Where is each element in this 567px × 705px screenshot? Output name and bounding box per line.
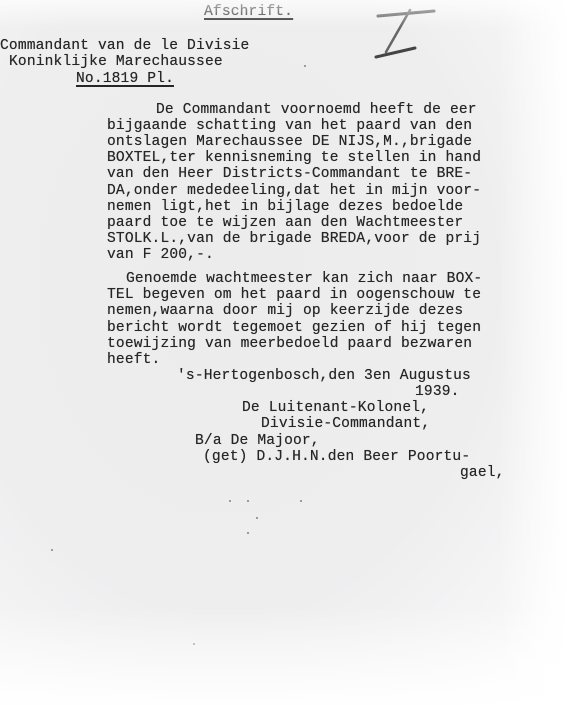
scan-speck [256,517,258,519]
paragraph-2-line: bericht wordt tegemoet gezien of hij teg… [107,320,481,336]
signature-on-behalf: B/a De Majoor, [195,433,320,449]
scan-speck [51,549,53,551]
document-heading: Afschrift. [204,4,293,20]
scan-speck [229,500,231,502]
paragraph-2-line: TEL begeven om het paard in oogenschouw … [107,287,481,303]
paragraph-2-line: Genoemde wachtmeester kan zich naar BOX- [126,271,482,287]
scan-speck [193,643,195,645]
handwritten-mark-icon [370,8,440,60]
paragraph-1-line: DA,onder mededeeling,dat het in mijn voo… [107,183,481,199]
paragraph-1-line: paard toe te wijzen aan den Wachtmeester [107,215,463,231]
scan-speck [247,500,249,502]
paragraph-1-line: BOXTEL,ter kennisneming te stellen in ha… [107,150,481,166]
paragraph-1-line: van den Heer Districts-Commandant te BRE… [107,166,472,182]
paragraph-1-line: bijgaande schatting van het paard van de… [107,118,472,134]
place-date: 's-Hertogenbosch,den 3en Augustus [177,368,471,384]
scan-speck [247,532,249,534]
paragraph-2-line: heeft. [107,352,160,368]
sender-line-1: Commandant van de le Divisie [0,38,249,54]
signature-role: Divisie-Commandant, [261,416,430,432]
signature-title: De Luitenant-Kolonel, [242,400,429,416]
scan-speck [300,500,302,502]
signature-name-continued: gael, [460,465,505,481]
paragraph-2-line: nemen,waarna door mij op keerzijde dezes [107,303,463,319]
paragraph-1-line: nemen ligt,het in bijlage dezes bedoelde [107,199,463,215]
paragraph-1-line: van F 200,-. [107,247,214,263]
paragraph-1-line: STOLK.L.,van de brigade BREDA,voor de pr… [107,231,481,247]
date-year: 1939. [415,384,460,400]
scan-speck [304,65,306,67]
paragraph-1-line: De Commandant voornoemd heeft de eer [156,102,477,118]
paragraph-2-line: toewijzing van meerbedoeld paard bezware… [107,336,472,352]
signature-name: (get) D.J.H.N.den Beer Poortu- [203,449,470,465]
paragraph-1-line: ontslagen Marechaussee DE NIJS,M.,brigad… [107,134,472,150]
sender-line-2: Koninklijke Marechaussee [9,54,223,70]
scanned-document-page: Afschrift. Commandant van de le Divisie … [0,0,567,705]
scan-speck [124,72,126,74]
